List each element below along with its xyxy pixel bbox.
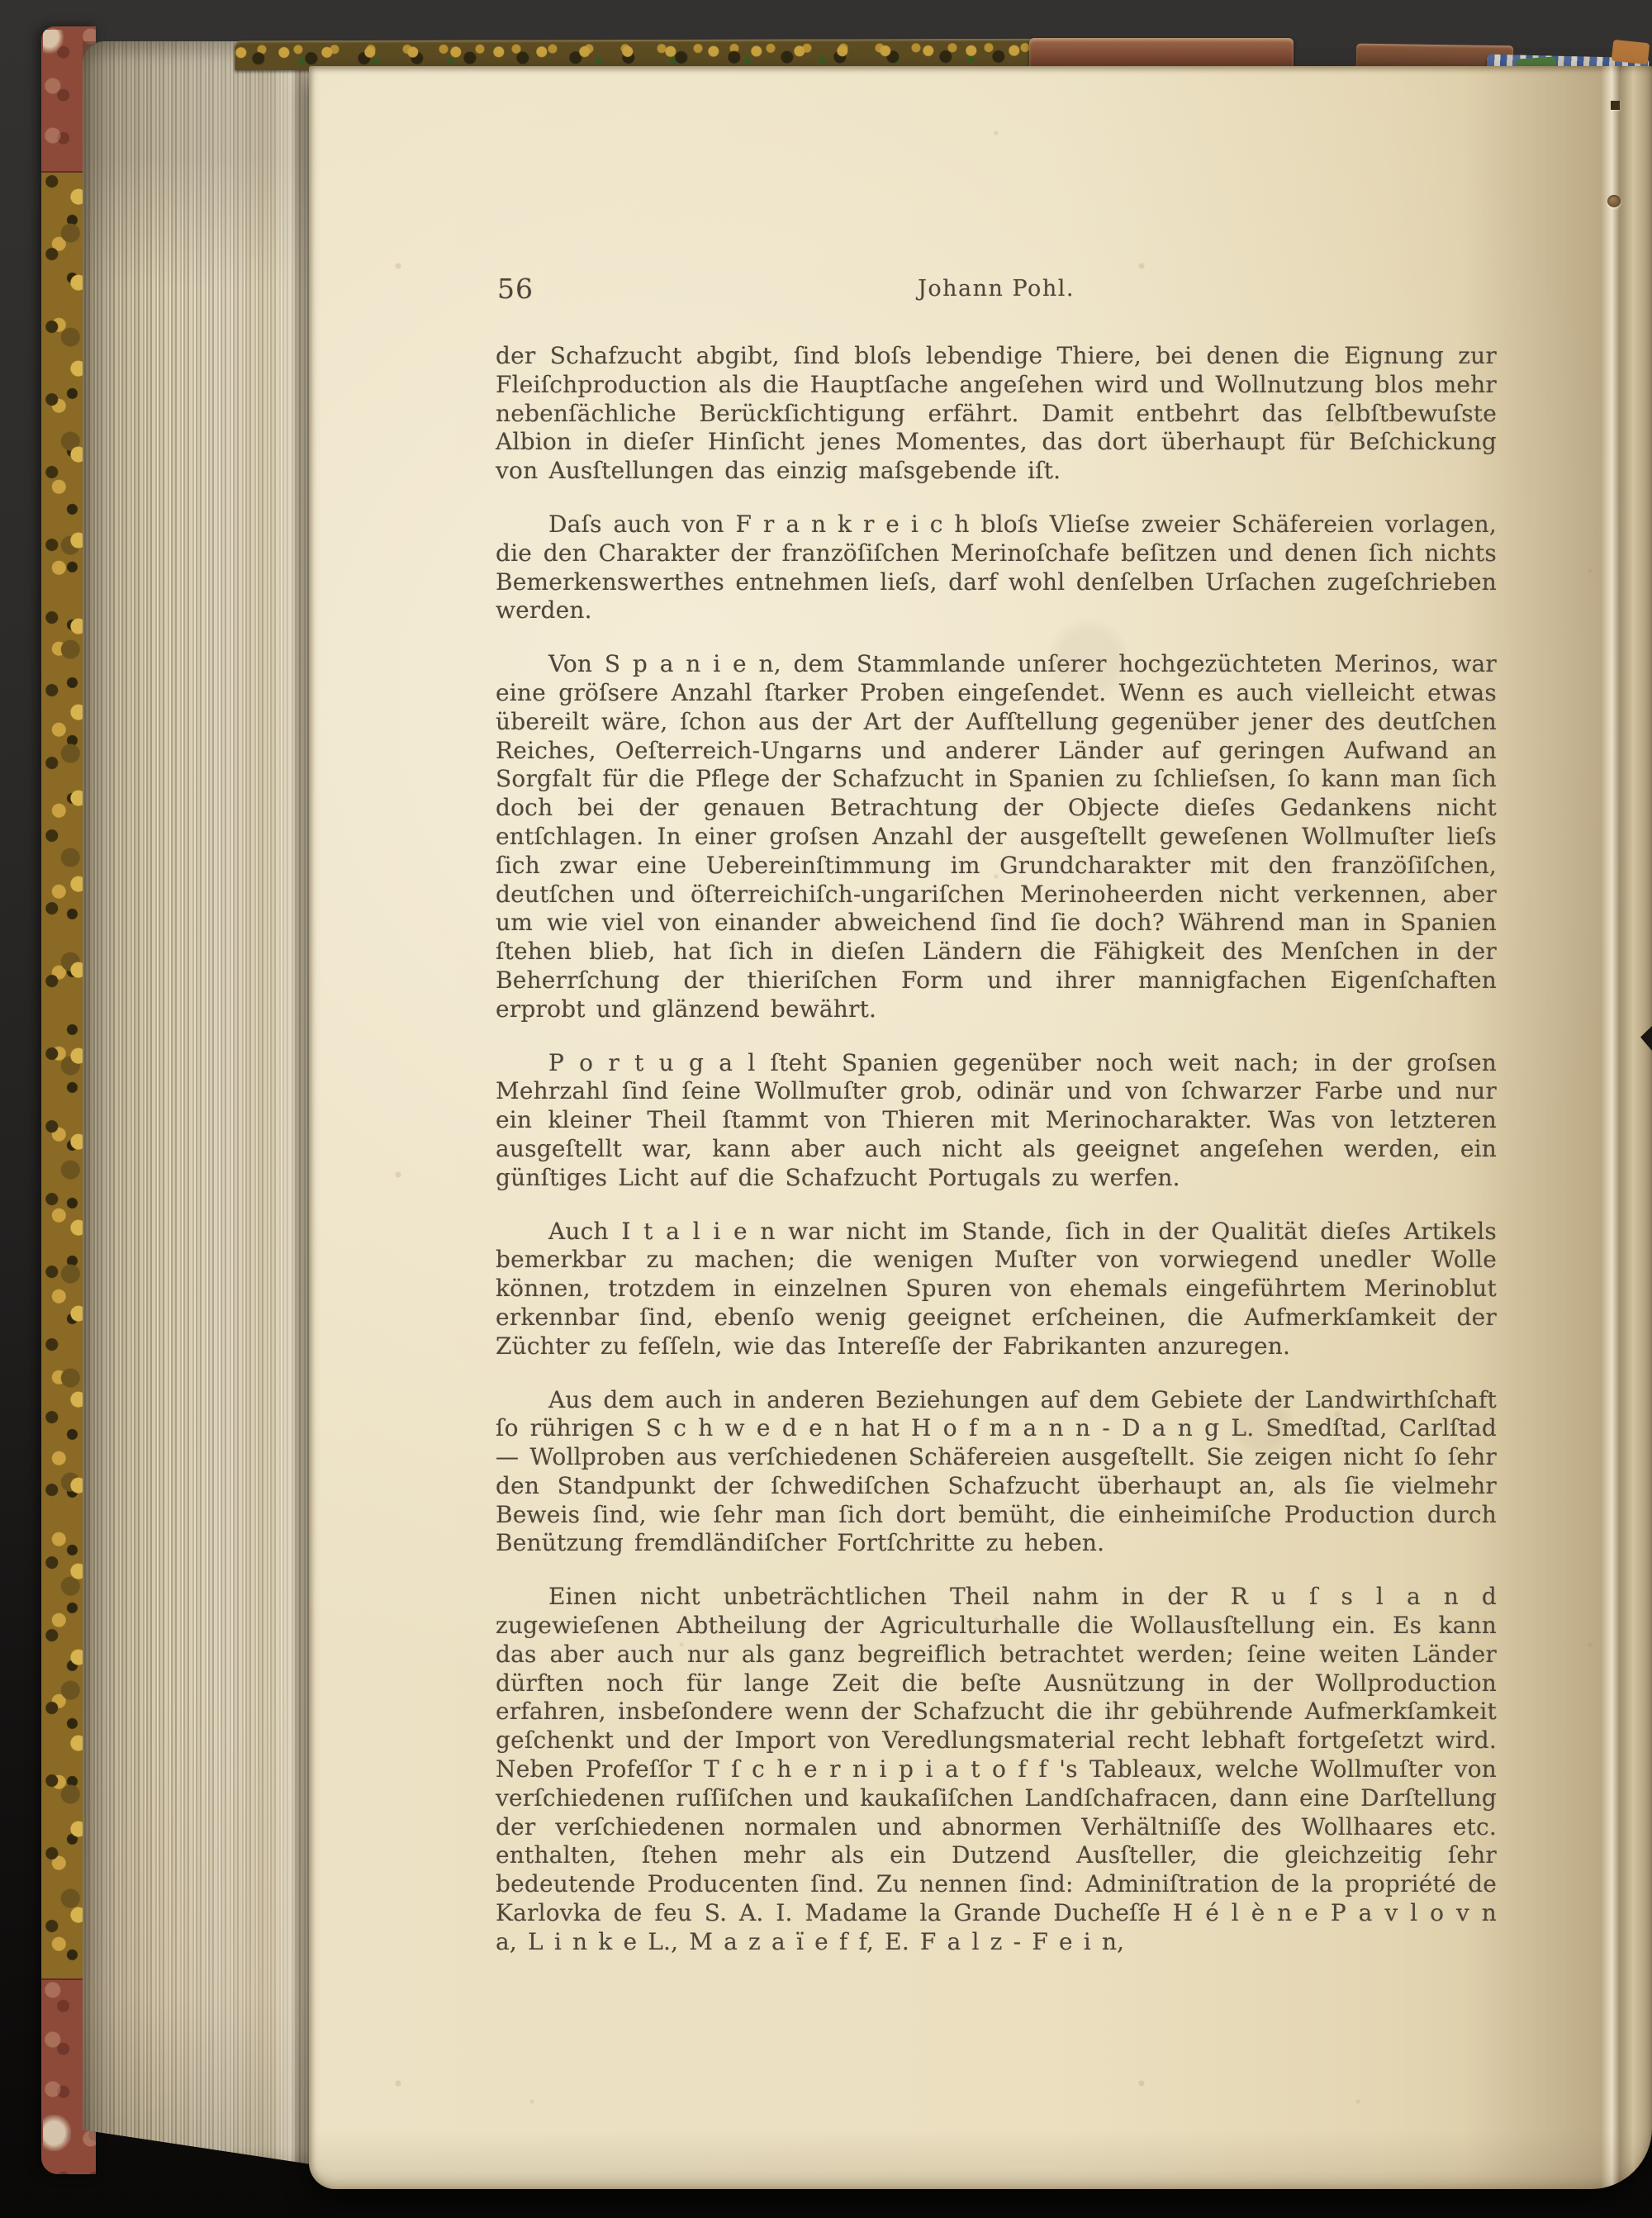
printed-text-block: 56 Johann Pohl. der Schafzucht abgibt, ſ… (496, 66, 1497, 1957)
paper-flaw-notch (1611, 101, 1620, 110)
paragraph: der Schafzucht abgibt, ſind bloſs lebend… (496, 342, 1497, 486)
paragraph: Auch I t a l i e n war nicht im Stande, … (496, 1218, 1497, 1361)
running-head-author: Johann Pohl. (496, 273, 1497, 306)
book-page: 56 Johann Pohl. der Schafzucht abgibt, ſ… (309, 66, 1652, 2189)
paper-flaw-wormhole (1607, 195, 1621, 207)
body-text: der Schafzucht abgibt, ſind bloſs lebend… (496, 342, 1497, 1957)
spine-fragment (1612, 40, 1650, 64)
paragraph: Einen nicht unbeträchtlichen Theil nahm … (496, 1583, 1497, 1956)
book-photo: 56 Johann Pohl. der Schafzucht abgibt, ſ… (0, 0, 1652, 2218)
paragraph: Von S p a n i e n, dem Stammlande unſere… (496, 650, 1497, 1024)
paper-edge-nick (1640, 1026, 1652, 1051)
page-block-fore-edge (83, 41, 322, 2166)
page-number: 56 (497, 273, 534, 306)
paragraph: Aus dem auch in anderen Beziehungen auf … (496, 1386, 1497, 1559)
paragraph: Daſs auch von F r a n k r e i c h bloſs … (496, 511, 1497, 625)
paragraph: P o r t u g a l ſteht Spanien gegenüber … (496, 1049, 1497, 1193)
running-header: 56 Johann Pohl. (496, 273, 1497, 306)
